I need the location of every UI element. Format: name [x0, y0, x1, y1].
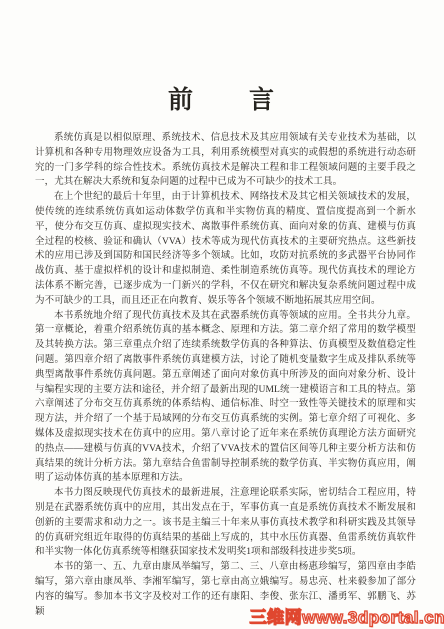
scanned-book-page: 前 言 系统仿真是以相似原理、系统技术、信息技术及其应用领域有关专业技术为基础，… — [0, 0, 444, 629]
paragraph: 系统仿真是以相似原理、系统技术、信息技术及其应用领域有关专业技术为基础，以计算机… — [35, 131, 416, 190]
paragraph: 本书系统地介绍了现代仿真技术及其在武器系统仿真等领域的应用。全书共分九章。第一章… — [35, 309, 416, 487]
paragraph: 本书力图反映现代仿真技术的最新进展，注意理论联系实际，密切结合工程应用，特别是在… — [35, 486, 416, 560]
watermark-site-logo: 三维网www.3dportal.cn — [250, 603, 444, 628]
paragraph: 在上个世纪的最后十年里，由于计算机技术、网络技术及其它相关领域技术的发展，使传统… — [35, 190, 416, 308]
preface-body: 系统仿真是以相似原理、系统技术、信息技术及其应用领域有关专业技术为基础，以计算机… — [35, 131, 416, 619]
page-title: 前 言 — [0, 80, 444, 116]
